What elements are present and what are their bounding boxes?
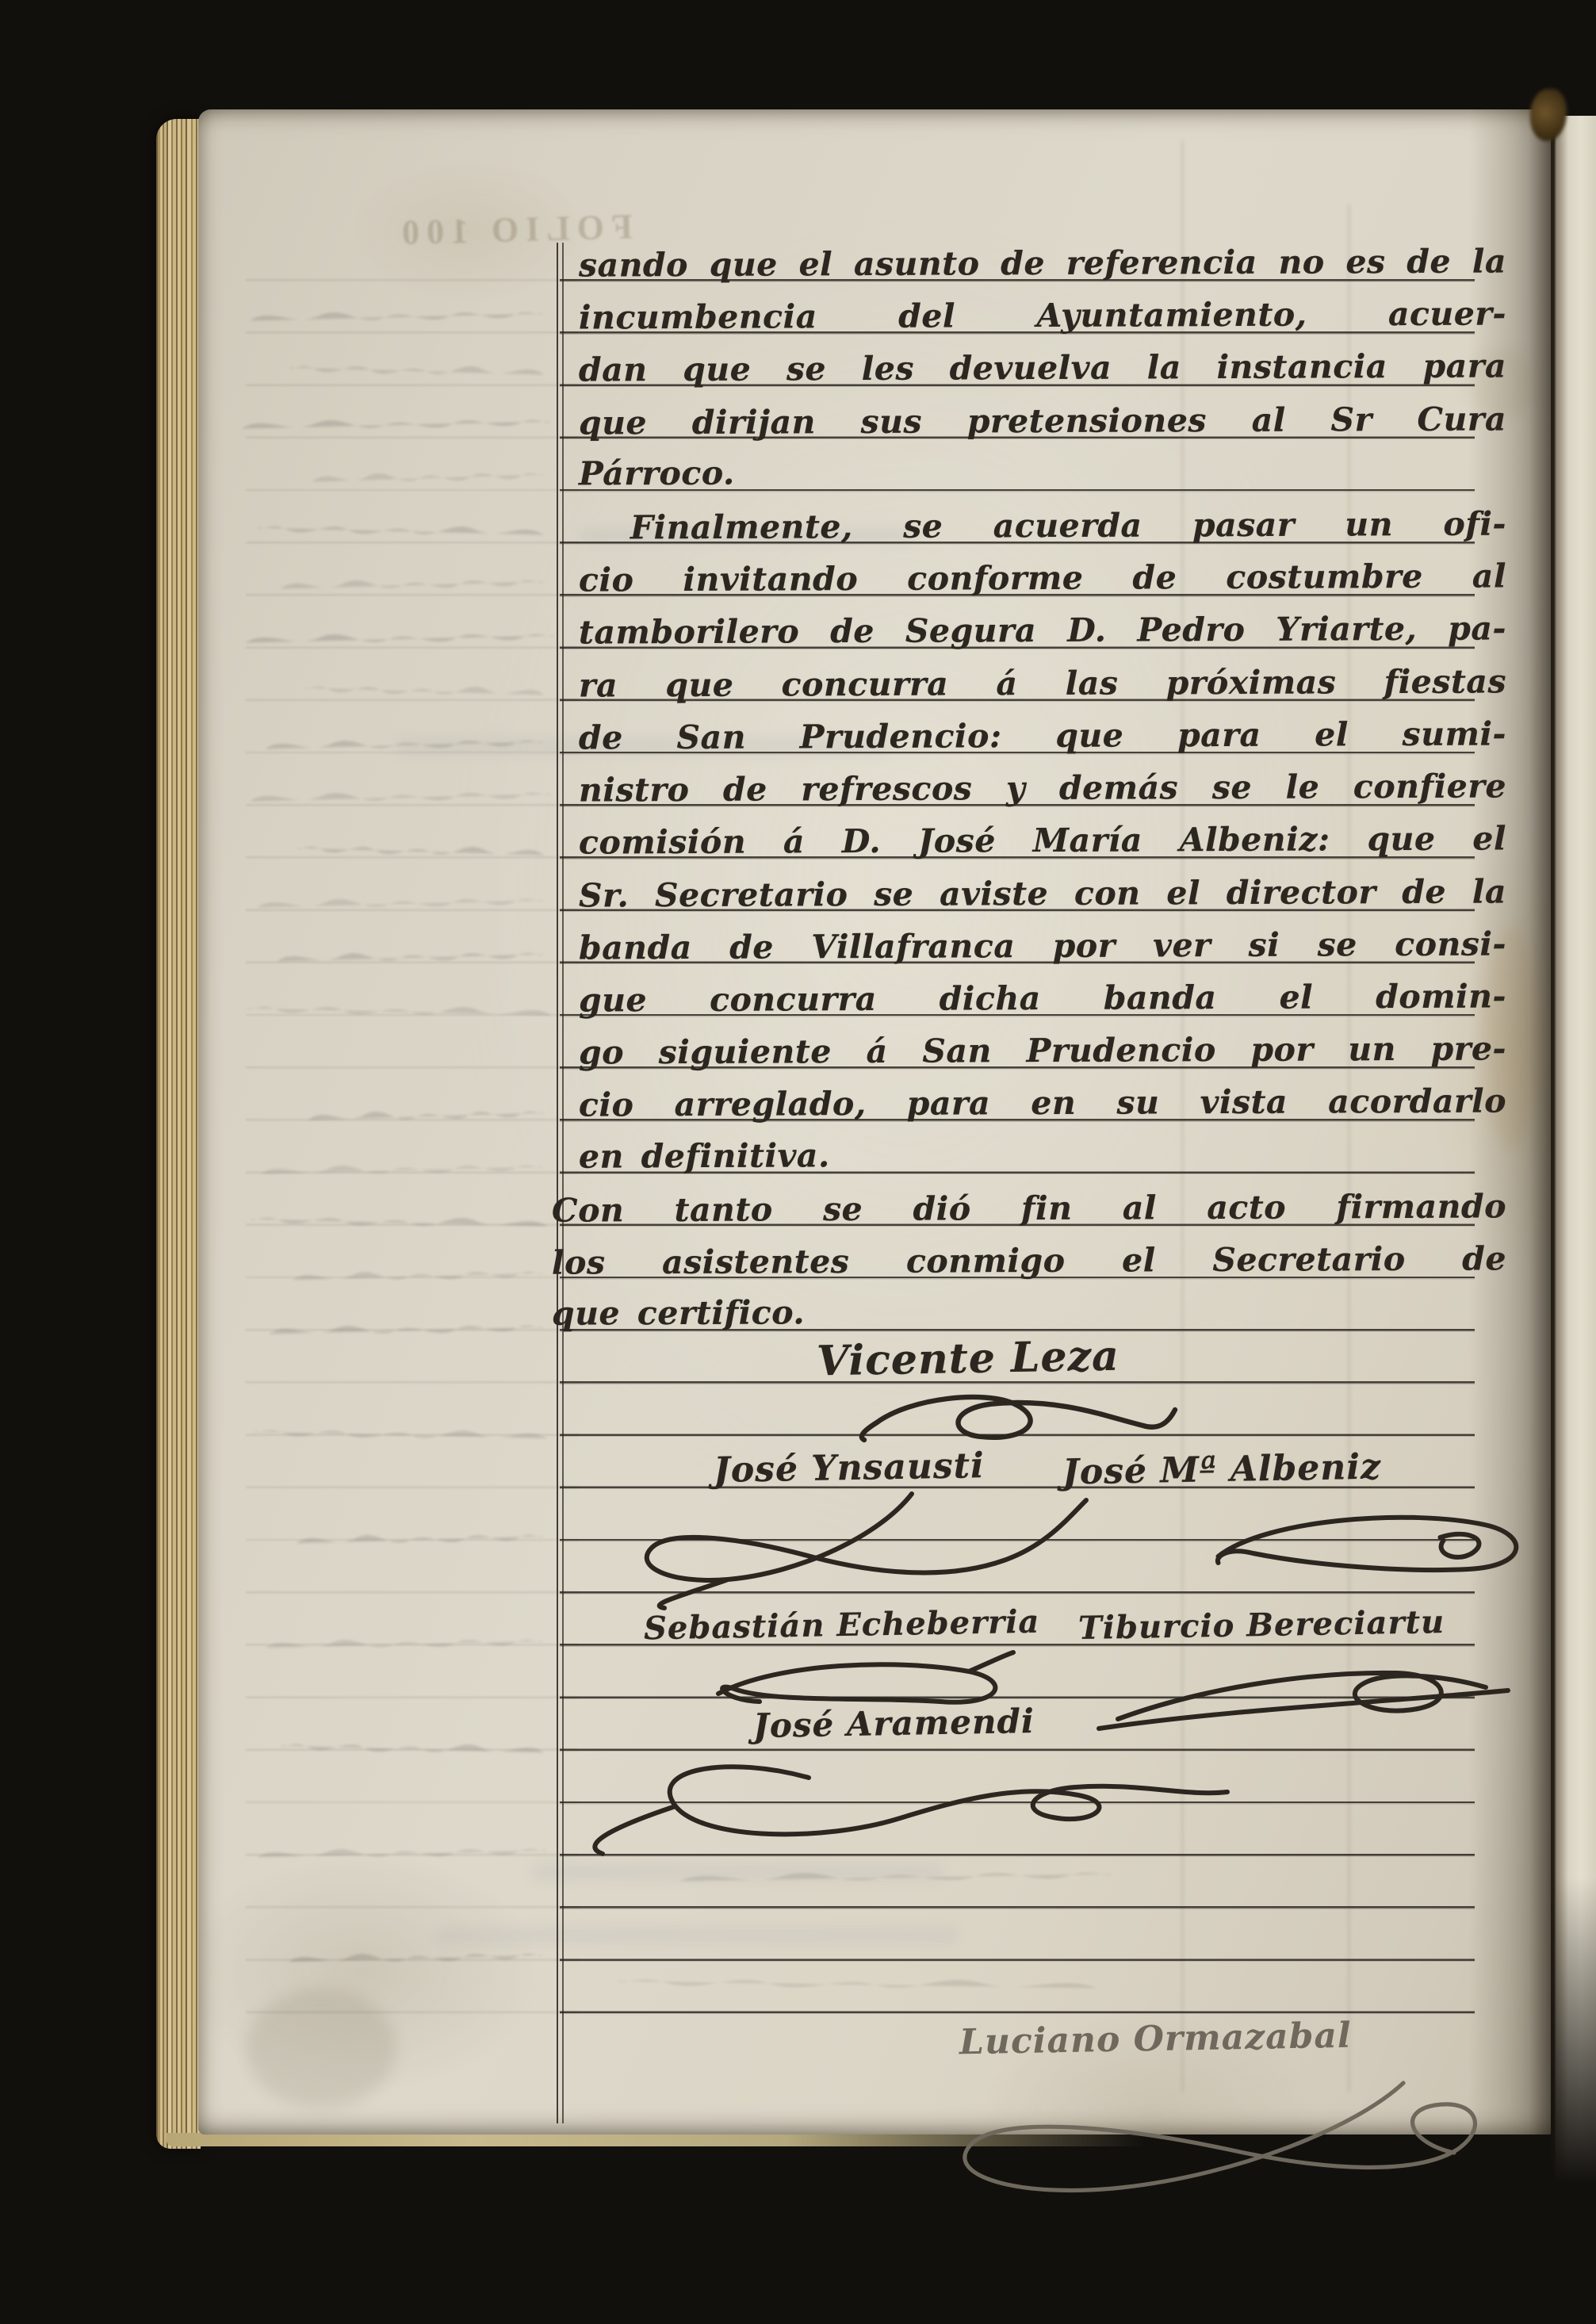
manuscript-line: cio arreglado, para en su vista acordarl… [579, 1080, 1506, 1128]
manuscript-line: dan que se les devuelva la instancia par… [579, 345, 1506, 393]
manuscript-line: en definitiva. [579, 1135, 830, 1180]
manuscript-line: incumbencia del Ayuntamiento, acuer- [579, 293, 1506, 341]
manuscript-line: comisión á D. José María Albeniz: que el [579, 817, 1506, 866]
page-stack-edge [156, 119, 201, 2149]
manuscript-line: de San Prudencio: que para el sumi- [579, 713, 1506, 761]
manuscript-line: go siguiente á San Prudencio por un pre- [579, 1028, 1506, 1076]
signature-flourish-vicente [848, 1388, 1181, 1451]
signature-jose-aramendi: José Aramendi [753, 1702, 1035, 1745]
manuscript-page: FOLIO 100 sando que el asunto de referen… [198, 109, 1556, 2134]
signature-jose-maria-albeniz: José Mª Albeniz [1062, 1446, 1382, 1492]
manuscript-line: cio invitando conforme de costumbre al [579, 555, 1506, 603]
manuscript-line: Párroco. [579, 453, 735, 498]
manuscript-line: gue concurra dicha banda el domin- [579, 975, 1506, 1024]
manuscript-line: que dirijan sus pretensiones al Sr Cura [579, 398, 1506, 446]
signature-flourish-luciano [912, 2073, 1514, 2200]
signature-luciano-ormazabal: Luciano Ormazabal [959, 2016, 1352, 2063]
signature-flourish-albeniz [1189, 1503, 1558, 1590]
signature-vicente-leza: Vicente Leza [816, 1332, 1119, 1386]
signature-flourish-tiburcio [1086, 1649, 1522, 1736]
facing-page-edge [1551, 116, 1596, 2211]
ruled-lines-faint [246, 279, 579, 2020]
manuscript-line: Sr. Secretario se aviste con el director… [579, 871, 1506, 919]
manuscript-line: ra que concurra á las próximas fiestas [579, 660, 1506, 709]
manuscript-line: Finalmente, se acuerda pasar un ofi- [630, 503, 1506, 552]
photo-background: { "document": { "stamp": "FOLIO 100", "l… [0, 0, 1596, 2324]
manuscript-line: banda de Villafranca por ver si se consi… [579, 923, 1506, 971]
manuscript-line: que certifico. [552, 1292, 805, 1337]
signature-tiburcio-bereciartu: Tiburcio Bereciartu [1078, 1603, 1445, 1647]
facing-page-fade [1551, 1878, 1596, 2211]
manuscript-line: Con tanto se dió fin al acto firmando [552, 1185, 1506, 1234]
manuscript-line: sando que el asunto de referencia no es … [579, 240, 1506, 289]
signature-jose-ynsausti: José Ynsausti [714, 1445, 986, 1491]
manuscript-line: tamborilero de Segura D. Pedro Yriarte, … [579, 607, 1506, 656]
manuscript-line: los asistentes conmigo el Secretario de [552, 1238, 1506, 1286]
signature-sebastian-echeberria: Sebastián Echeberria [644, 1603, 1040, 1648]
signature-flourish-aramendi [555, 1752, 1237, 1863]
manuscript-line: nistro de refrescos y demás se le confie… [579, 765, 1506, 814]
signature-flourish-ynsausti [610, 1491, 1110, 1610]
